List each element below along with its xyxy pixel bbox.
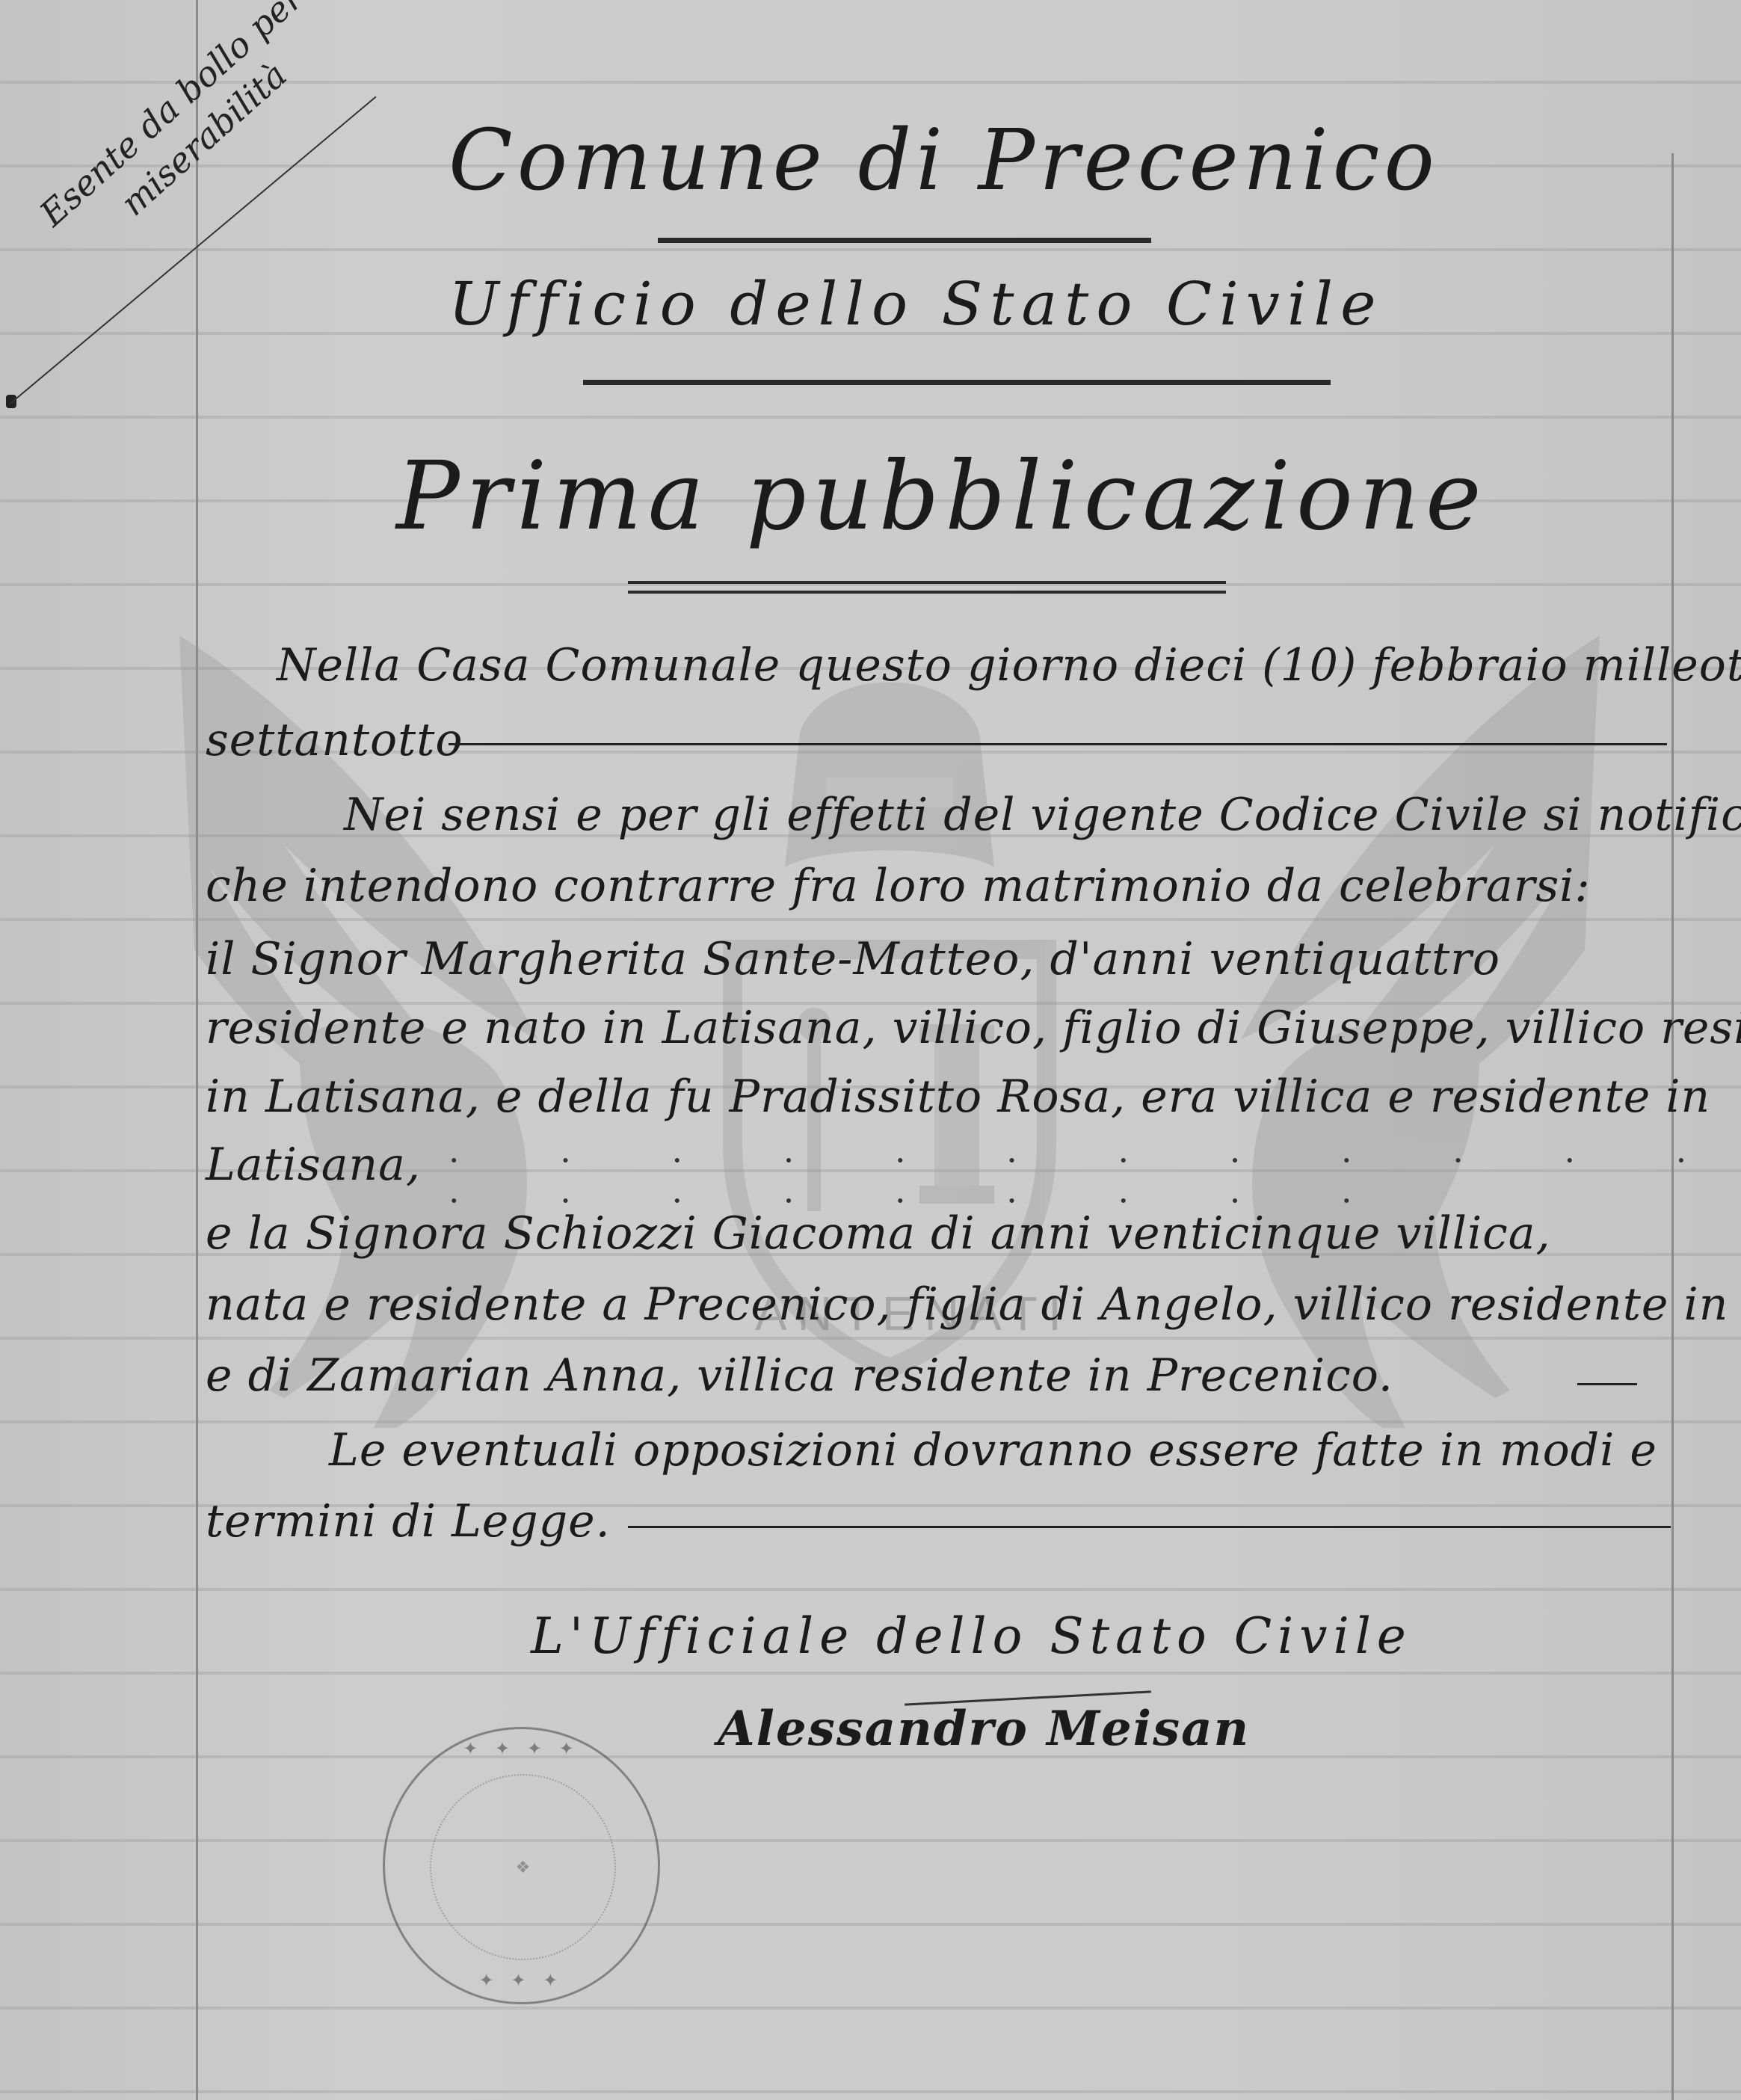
official-signature: Alessandro Meisan (718, 1701, 1250, 1757)
signature-title: L'Ufficiale dello Stato Civile (531, 1607, 1412, 1665)
title-underline-2 (628, 591, 1226, 594)
office-heading: Ufficio dello Stato Civile (449, 269, 1383, 339)
body-line-groom-mother: in Latisana, e della fu Pradissitto Rosa… (206, 1071, 1710, 1123)
header-divider-2 (583, 380, 1331, 385)
right-margin-line (1671, 153, 1674, 2100)
municipality-heading: Comune di Precenico (449, 112, 1439, 209)
left-margin-line (196, 0, 198, 2100)
body-line-bride-residence: nata e residente a Precenico, figlia di … (206, 1278, 1741, 1331)
body-line-date: Nella Casa Comunale questo giorno dieci … (277, 639, 1741, 692)
body-line-bride-mother: e di Zamarian Anna, villica residente in… (206, 1349, 1393, 1402)
title-underline-1 (628, 581, 1226, 584)
fill-line-1 (449, 743, 1667, 745)
document-title: Prima pubblicazione (396, 441, 1488, 551)
body-line-notice: Nei sensi e per gli effetti del vigente … (344, 789, 1741, 841)
body-line-law: termini di Legge. (206, 1495, 611, 1548)
body-line-year: settantotto (206, 714, 463, 766)
body-line-oppositions: Le eventuali opposizioni dovranno essere… (329, 1424, 1657, 1477)
body-line-groom-end: Latisana, (206, 1139, 421, 1191)
fill-line-3 (628, 1526, 1671, 1528)
body-line-bride: e la Signora Schiozzi Giacoma di anni ve… (206, 1207, 1551, 1260)
body-line-groom-residence: residente e nato in Latisana, villico, f… (206, 1002, 1741, 1054)
body-line-groom: il Signor Margherita Sante-Matteo, d'ann… (206, 933, 1500, 985)
body-line-intent: che intendono contrarre fra loro matrimo… (206, 860, 1591, 912)
stamp-center: ❖ (430, 1774, 616, 1960)
official-stamp-seal-icon: ✦ ✦ ✦ ✦ ❖ ✦ ✦ ✦ (383, 1727, 660, 2004)
header-divider-1 (658, 238, 1151, 243)
document-page: ANTENATI Esente da bollo per miserabilit… (0, 0, 1741, 2100)
stamp-ring-bottom: ✦ ✦ ✦ (385, 1970, 658, 1992)
stamp-ring-top: ✦ ✦ ✦ ✦ (385, 1738, 658, 1760)
fill-line-2 (1577, 1383, 1637, 1385)
